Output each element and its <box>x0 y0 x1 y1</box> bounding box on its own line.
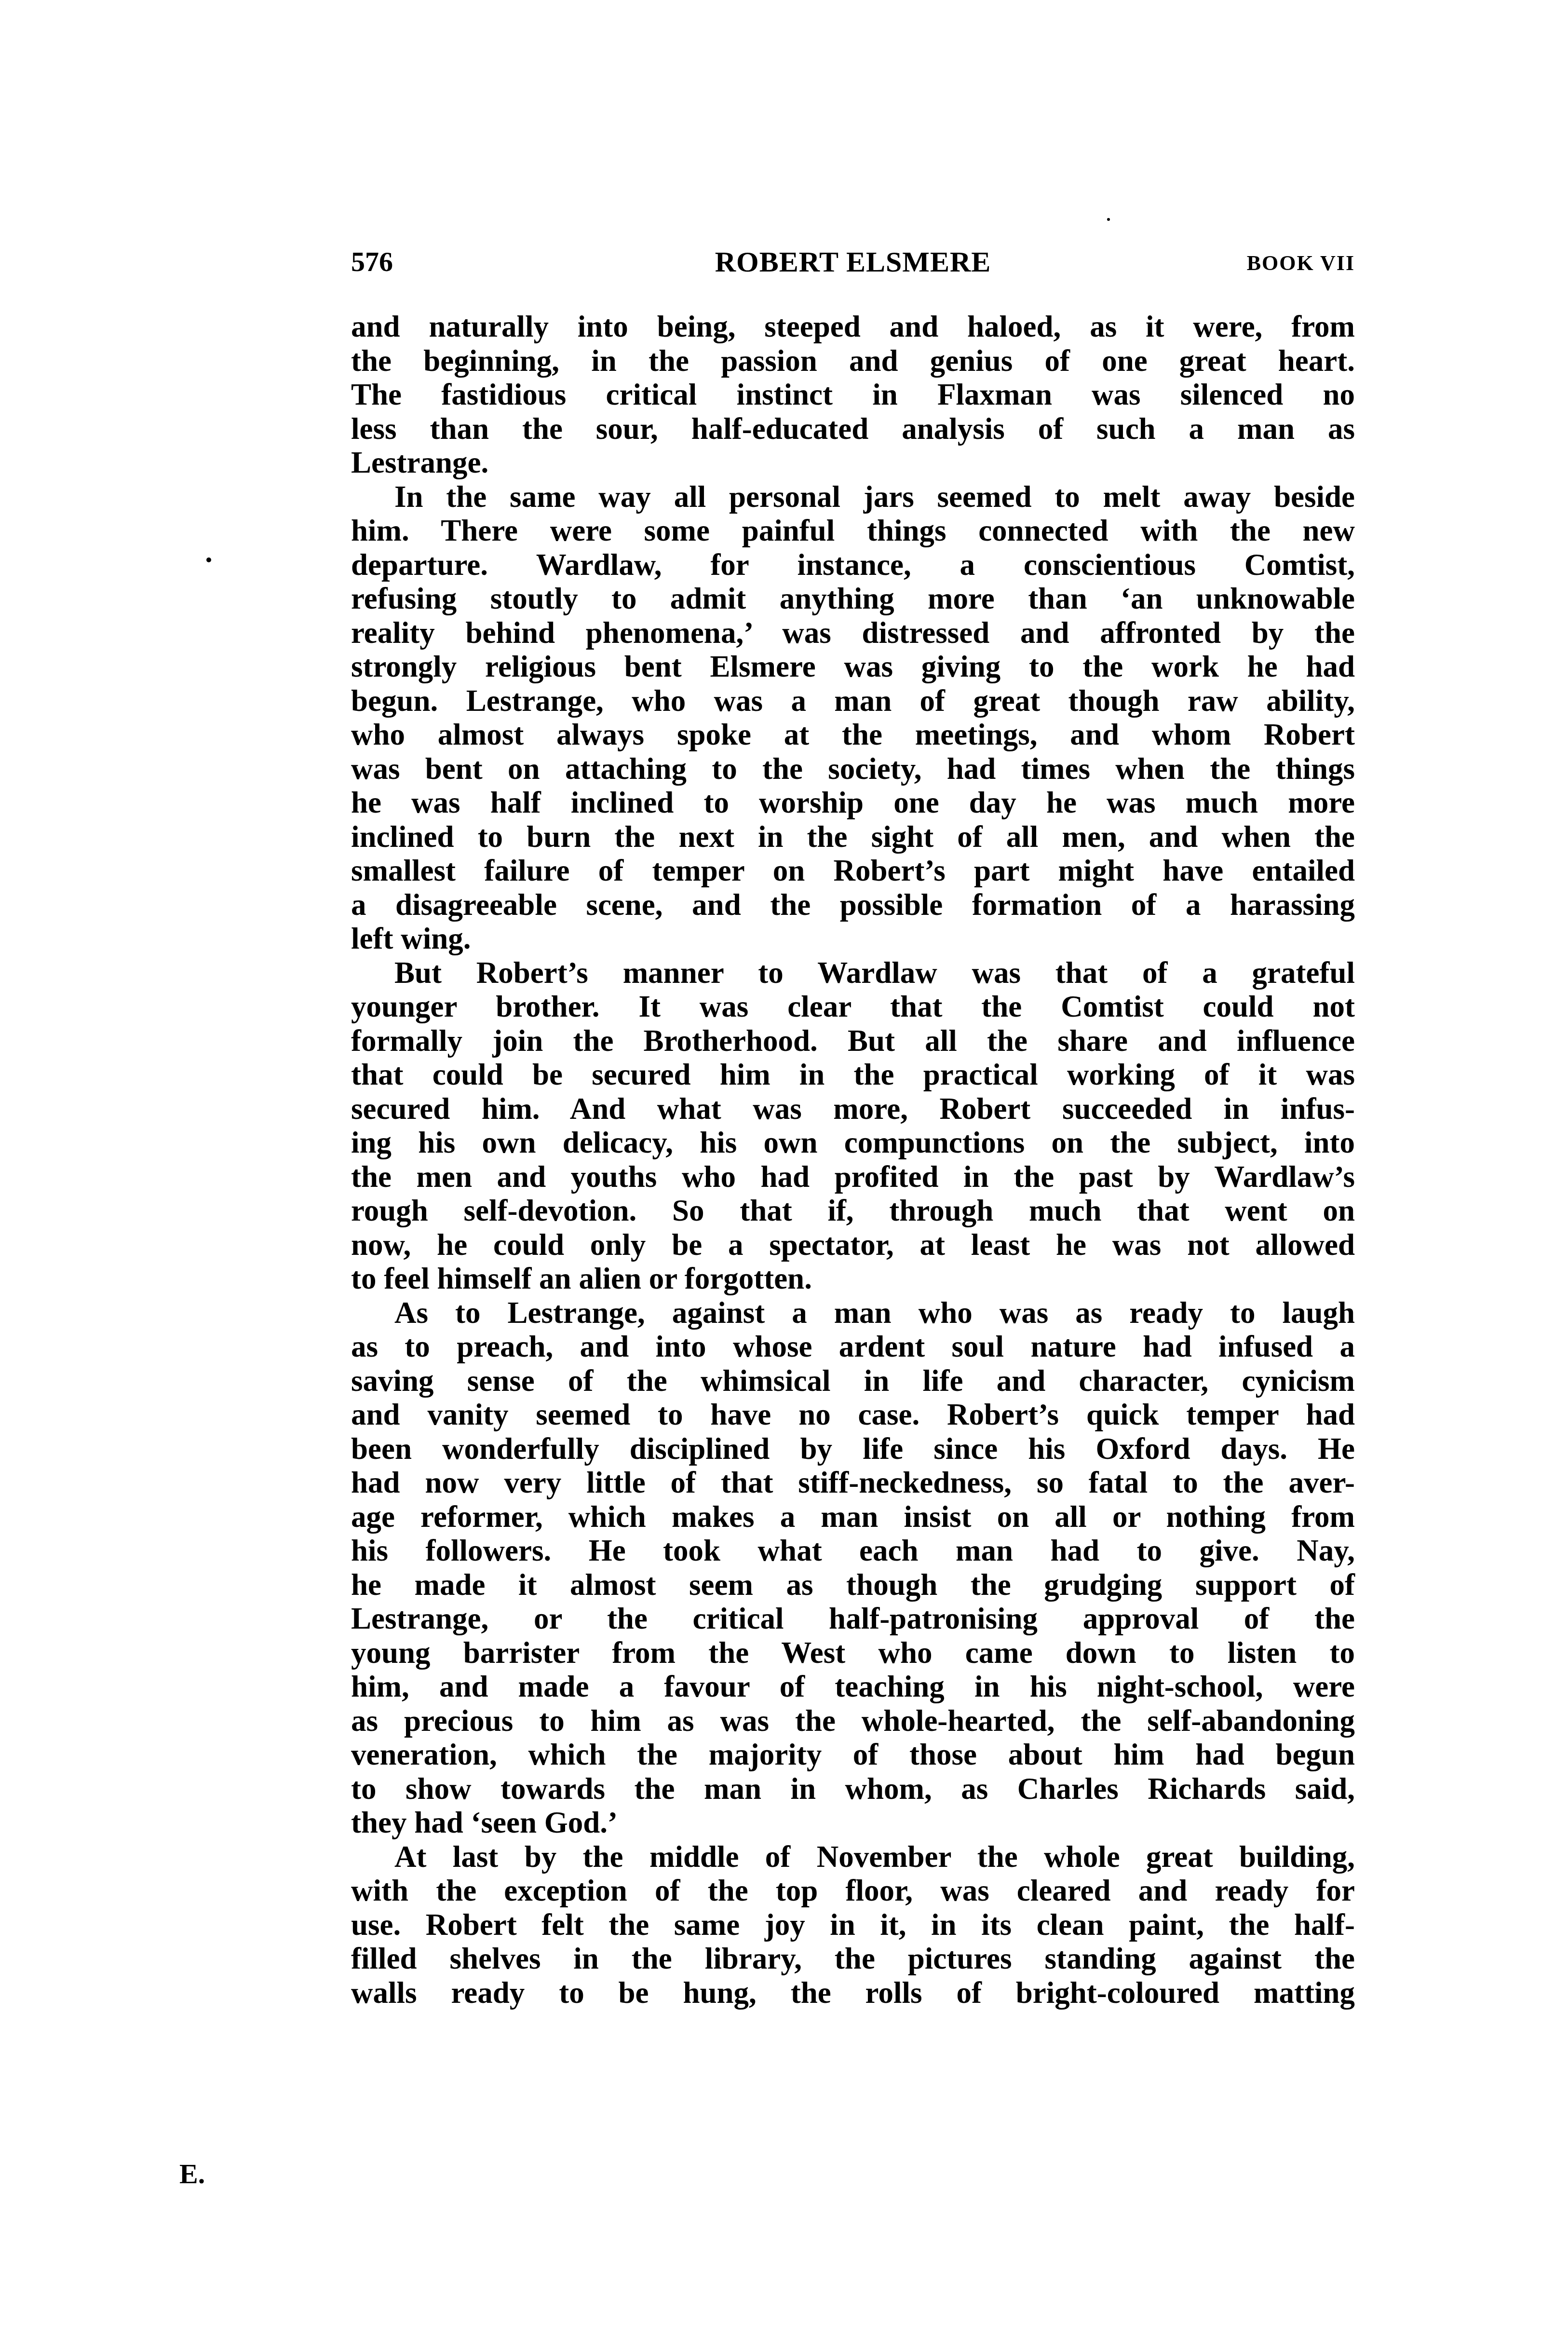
text-line: walls ready to be hung, the rolls of bri… <box>351 1976 1355 2010</box>
text-line: as precious to him as was the whole-hear… <box>351 1704 1355 1738</box>
text-line: refusing stoutly to admit anything more … <box>351 582 1355 616</box>
text-line: to feel himself an alien or forgotten. <box>351 1262 1355 1296</box>
text-line: a disagreeable scene, and the possible f… <box>351 888 1355 922</box>
text-line: and naturally into being, steeped and ha… <box>351 310 1355 344</box>
text-line: he made it almost seem as though the gru… <box>351 1568 1355 1602</box>
text-line: he was half inclined to worship one day … <box>351 786 1355 820</box>
text-line: age reformer, which makes a man insist o… <box>351 1500 1355 1534</box>
text-line: reality behind phenomena,’ was distresse… <box>351 616 1355 650</box>
text-line: secured him. And what was more, Robert s… <box>351 1092 1355 1126</box>
text-line: saving sense of the whimsical in life an… <box>351 1364 1355 1398</box>
text-line: the beginning, in the passion and genius… <box>351 344 1355 378</box>
text-line: Lestrange, or the critical half-patronis… <box>351 1602 1355 1636</box>
speck-mark-margin <box>206 557 211 562</box>
book-page: 576 ROBERT ELSMERE BOOK VII and naturall… <box>0 0 1568 2352</box>
text-line: that could be secured him in the practic… <box>351 1058 1355 1092</box>
running-header: 576 ROBERT ELSMERE BOOK VII <box>351 245 1355 279</box>
text-line: veneration, which the majority of those … <box>351 1738 1355 1772</box>
text-line: smallest failure of temper on Robert’s p… <box>351 854 1355 888</box>
text-line: departure. Wardlaw, for instance, a cons… <box>351 548 1355 582</box>
text-line: use. Robert felt the same joy in it, in … <box>351 1908 1355 1942</box>
text-line: to show towards the man in whom, as Char… <box>351 1772 1355 1806</box>
text-line: younger brother. It was clear that the C… <box>351 990 1355 1024</box>
text-line: they had ‘seen God.’ <box>351 1806 1355 1840</box>
text-line: inclined to burn the next in the sight o… <box>351 820 1355 854</box>
text-line: begun. Lestrange, who was a man of great… <box>351 684 1355 718</box>
text-line: young barrister from the West who came d… <box>351 1636 1355 1670</box>
running-title: ROBERT ELSMERE <box>351 245 1355 279</box>
text-line: As to Lestrange, against a man who was a… <box>351 1296 1355 1330</box>
text-line: The fastidious critical instinct in Flax… <box>351 378 1355 412</box>
speck-mark-top <box>1107 218 1110 221</box>
text-line: with the exception of the top floor, was… <box>351 1874 1355 1908</box>
text-line: ing his own delicacy, his own compunctio… <box>351 1126 1355 1160</box>
text-line: rough self-devotion. So that if, through… <box>351 1194 1355 1228</box>
text-line: had now very little of that stiff-necked… <box>351 1466 1355 1500</box>
text-line: as to preach, and into whose ardent soul… <box>351 1330 1355 1364</box>
text-line: him, and made a favour of teaching in hi… <box>351 1670 1355 1704</box>
text-line: the men and youths who had profited in t… <box>351 1160 1355 1194</box>
text-line: filled shelves in the library, the pictu… <box>351 1942 1355 1976</box>
text-line: In the same way all personal jars seemed… <box>351 480 1355 514</box>
text-line: Lestrange. <box>351 446 1355 480</box>
text-line: now, he could only be a spectator, at le… <box>351 1228 1355 1262</box>
text-line: was bent on attaching to the society, ha… <box>351 752 1355 786</box>
text-line: formally join the Brotherhood. But all t… <box>351 1024 1355 1058</box>
text-line: strongly religious bent Elsmere was givi… <box>351 650 1355 684</box>
text-line: At last by the middle of November the wh… <box>351 1840 1355 1874</box>
text-line: left wing. <box>351 922 1355 956</box>
text-line: less than the sour, half-educated analys… <box>351 412 1355 446</box>
text-line: his followers. He took what each man had… <box>351 1534 1355 1568</box>
book-label: BOOK VII <box>1247 248 1355 279</box>
text-line: and vanity seemed to have no case. Rober… <box>351 1398 1355 1432</box>
text-line: him. There were some painful things conn… <box>351 514 1355 548</box>
margin-mark: E. <box>179 2160 205 2189</box>
body-text: and naturally into being, steeped and ha… <box>351 310 1355 2010</box>
text-line: But Robert’s manner to Wardlaw was that … <box>351 956 1355 990</box>
text-line: been wonderfully disciplined by life sin… <box>351 1432 1355 1466</box>
text-line: who almost always spoke at the meetings,… <box>351 718 1355 752</box>
